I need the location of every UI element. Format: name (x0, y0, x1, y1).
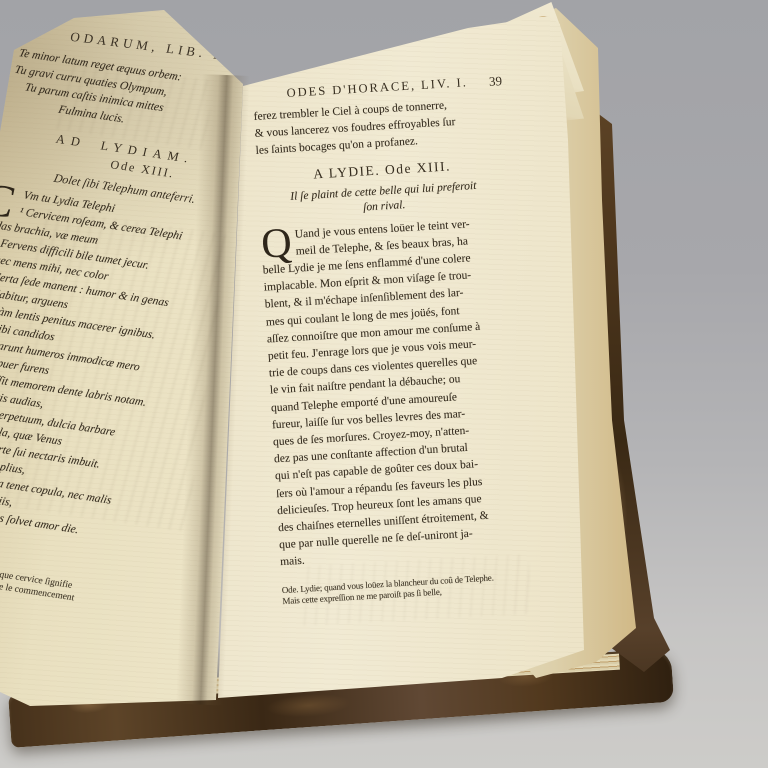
ode-argument-right: Il ſe plaint de cette belle qui lui pref… (258, 177, 509, 222)
verse-lines: ¹ Cervicem roſeam, & cerea TelephiLaudas… (0, 198, 233, 551)
footnote-right: Ode. Lydie; quand vous loüez la blancheu… (282, 570, 533, 608)
paragraph-continuation: ferez trembler le Ciel à coups de tonner… (253, 94, 506, 160)
running-head-right-label: ODES D'HORACE, LIV. I. (286, 75, 468, 100)
footnote-left: ¹ Cervicem roſeam. Je ſçay que cervice ſ… (0, 555, 147, 615)
photo-scene: ODES D'HORACE, LIV. I. 39 ferez trembler… (0, 0, 768, 768)
right-page-text: ODES D'HORACE, LIV. I. 39 ferez trembler… (252, 73, 532, 608)
page-number-left: 38 (26, 18, 43, 36)
body-lines: meil de Telephe, & ſes beaux bras, habel… (261, 231, 530, 572)
drop-cap-q: Q (260, 226, 296, 260)
page-number-right: 39 (489, 73, 503, 90)
latin-ode-body: C Vm tu Lydia Telephi ¹ Cervicem roſeam,… (0, 182, 237, 551)
ode-prose-body: Q Uand je vous entens loüer le teint ver… (260, 214, 530, 572)
